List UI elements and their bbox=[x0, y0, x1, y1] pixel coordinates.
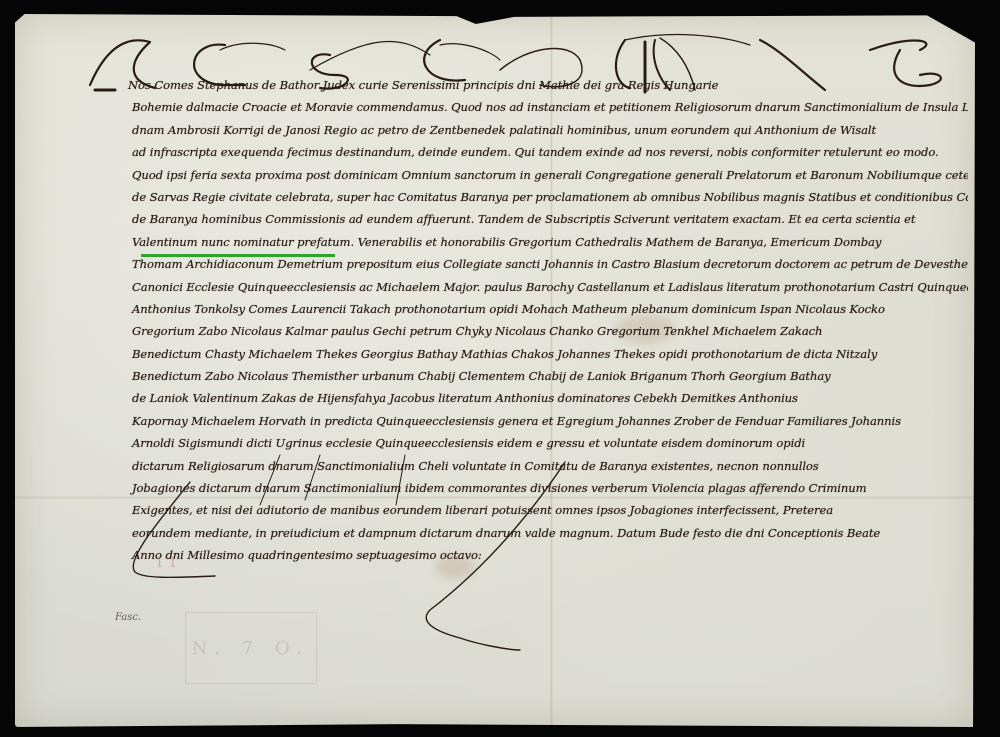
text-line-3: dnam Ambrosii Korrigi de Janosi Regio ac… bbox=[88, 119, 968, 141]
faded-archive-stamp: N. 7 O. bbox=[185, 612, 317, 684]
text-line-10: Canonici Ecclesie Quinqueecclesiensis ac… bbox=[88, 276, 968, 298]
text-line-16: Kapornay Michaelem Horvath in predicta Q… bbox=[88, 410, 968, 432]
text-line-13: Benedictum Chasty Michaelem Thekes Georg… bbox=[88, 343, 968, 365]
text-line-8: Valentinum nunc nominatur prefatum. Vene… bbox=[88, 231, 968, 253]
text-line-20: Exigentes, et nisi dei adiutorio de mani… bbox=[88, 499, 968, 521]
archival-note: Fasc. bbox=[115, 612, 141, 623]
text-line-19: Jobagiones dictarum dnarum Sanctimoniali… bbox=[88, 477, 968, 499]
text-line-18: dictarum Religiosarum dnarum Sanctimonia… bbox=[88, 455, 968, 477]
text-line-1: Nos Comes Stephanus de Bathor Judex curi… bbox=[88, 74, 968, 96]
text-line-12: Gregorium Zabo Nicolaus Kalmar paulus Ge… bbox=[88, 320, 968, 342]
text-line-22: Anno dni Millesimo quadringentesimo sept… bbox=[88, 544, 968, 566]
text-line-5: Quod ipsi feria sexta proxima post domin… bbox=[88, 164, 968, 186]
text-line-14: Benedictum Zabo Nicolaus Themisther urba… bbox=[88, 365, 968, 387]
text-line-2: Bohemie dalmacie Croacie et Moravie comm… bbox=[88, 96, 968, 118]
text-line-17: Arnoldi Sigismundi dicti Ugrinus ecclesi… bbox=[88, 432, 968, 454]
text-line-11: Anthonius Tonkolsy Comes Laurencii Takac… bbox=[88, 298, 968, 320]
charter-body-text: Nos Comes Stephanus de Bathor Judex curi… bbox=[88, 74, 968, 567]
text-line-15: de Laniok Valentinum Zakas de Hijensfahy… bbox=[88, 387, 968, 409]
scan-frame: Nos Comes Stephanus de Bathor Judex curi… bbox=[0, 0, 1000, 737]
text-line-4: ad infrascripta exequenda fecimus destin… bbox=[88, 141, 968, 163]
text-line-6: de Sarvas Regie civitate celebrata, supe… bbox=[88, 186, 968, 208]
faded-red-mark: 1 1 bbox=[155, 555, 177, 571]
text-line-21: eorundem mediante, in preiudicium et dam… bbox=[88, 522, 968, 544]
text-line-7: de Baranya hominibus Commissionis ad eun… bbox=[88, 208, 968, 230]
name-highlight-underline bbox=[141, 254, 335, 257]
